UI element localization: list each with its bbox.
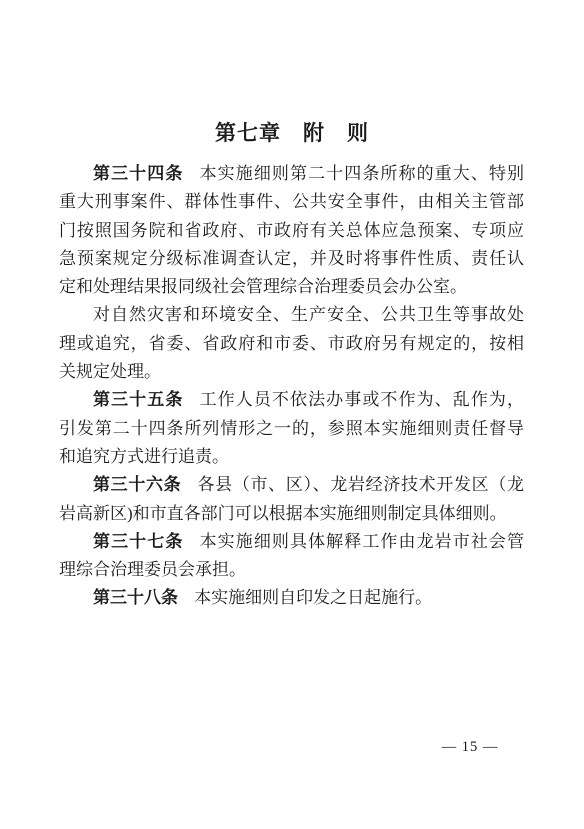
text-run: 工作人员不依法办事或不作为、乱作为， bbox=[200, 390, 524, 409]
article-36-number: 第三十六条 bbox=[93, 475, 181, 494]
article-38-number: 第三十八条 bbox=[93, 588, 178, 607]
text-line: 和追究方式进行追责。 bbox=[59, 443, 524, 471]
text-run: 本实施细则自印发之日起施行。 bbox=[194, 588, 432, 607]
text-run: 本实施细则第二十四条所称的重大、特别 bbox=[200, 164, 524, 183]
article-35-number: 第三十五条 bbox=[93, 390, 183, 409]
text-line: 门按照国务院和省政府、市政府有关总体应急预案、专项应 bbox=[59, 217, 524, 245]
chapter-heading: 第七章 附 则 bbox=[0, 117, 584, 147]
text-line: 关规定处理。 bbox=[59, 358, 524, 386]
text-line: 重大刑事案件、群体性事件、公共安全事件，由相关主管部 bbox=[59, 188, 524, 216]
text-line: 定和处理结果报同级社会管理综合治理委员会办公室。 bbox=[59, 273, 524, 301]
disaster-handling-paragraph: 对自然灾害和环境安全、生产安全、公共卫生等事故处 理或追究，省委、省政府和市委、… bbox=[59, 301, 524, 386]
page-number: — 15 — bbox=[414, 739, 526, 756]
text-line: 第三十五条工作人员不依法办事或不作为、乱作为， bbox=[59, 386, 524, 414]
text-run: 各县（市、区）、龙岩经济技术开发区（龙 bbox=[197, 475, 524, 494]
text-line: 急预案规定分级标准调查认定，并及时将事件性质、责任认 bbox=[59, 245, 524, 273]
text-line: 理综合治理委员会承担。 bbox=[59, 556, 524, 584]
text-line: 对自然灾害和环境安全、生产安全、公共卫生等事故处 bbox=[59, 301, 524, 329]
text-line: 引发第二十四条所列情形之一的，参照本实施细则责任督导 bbox=[59, 415, 524, 443]
text-line: 第三十七条本实施细则具体解释工作由龙岩市社会管 bbox=[59, 528, 524, 556]
document-body: 第三十四条本实施细则第二十四条所称的重大、特别 重大刑事案件、群体性事件、公共安… bbox=[59, 160, 524, 613]
text-line: 岩高新区)和市直各部门可以根据本实施细则制定具体细则。 bbox=[59, 500, 524, 528]
text-run: 对自然灾害和环境安全、生产安全、公共卫生等事故处 bbox=[93, 305, 524, 324]
article-36-paragraph: 第三十六条各县（市、区）、龙岩经济技术开发区（龙 岩高新区)和市直各部门可以根据… bbox=[59, 471, 524, 528]
article-37-number: 第三十七条 bbox=[93, 532, 183, 551]
document-page: 第七章 附 则 第三十四条本实施细则第二十四条所称的重大、特别 重大刑事案件、群… bbox=[0, 0, 584, 829]
text-line: 理或追究，省委、省政府和市委、市政府另有规定的，按相 bbox=[59, 330, 524, 358]
text-line: 第三十四条本实施细则第二十四条所称的重大、特别 bbox=[59, 160, 524, 188]
text-line: 第三十八条本实施细则自印发之日起施行。 bbox=[59, 584, 524, 612]
article-35-paragraph: 第三十五条工作人员不依法办事或不作为、乱作为， 引发第二十四条所列情形之一的，参… bbox=[59, 386, 524, 471]
article-34-number: 第三十四条 bbox=[93, 164, 183, 183]
text-run: 本实施细则具体解释工作由龙岩市社会管 bbox=[200, 532, 524, 551]
article-34-paragraph: 第三十四条本实施细则第二十四条所称的重大、特别 重大刑事案件、群体性事件、公共安… bbox=[59, 160, 524, 301]
article-37-paragraph: 第三十七条本实施细则具体解释工作由龙岩市社会管 理综合治理委员会承担。 bbox=[59, 528, 524, 585]
text-line: 第三十六条各县（市、区）、龙岩经济技术开发区（龙 bbox=[59, 471, 524, 499]
article-38-paragraph: 第三十八条本实施细则自印发之日起施行。 bbox=[59, 584, 524, 612]
